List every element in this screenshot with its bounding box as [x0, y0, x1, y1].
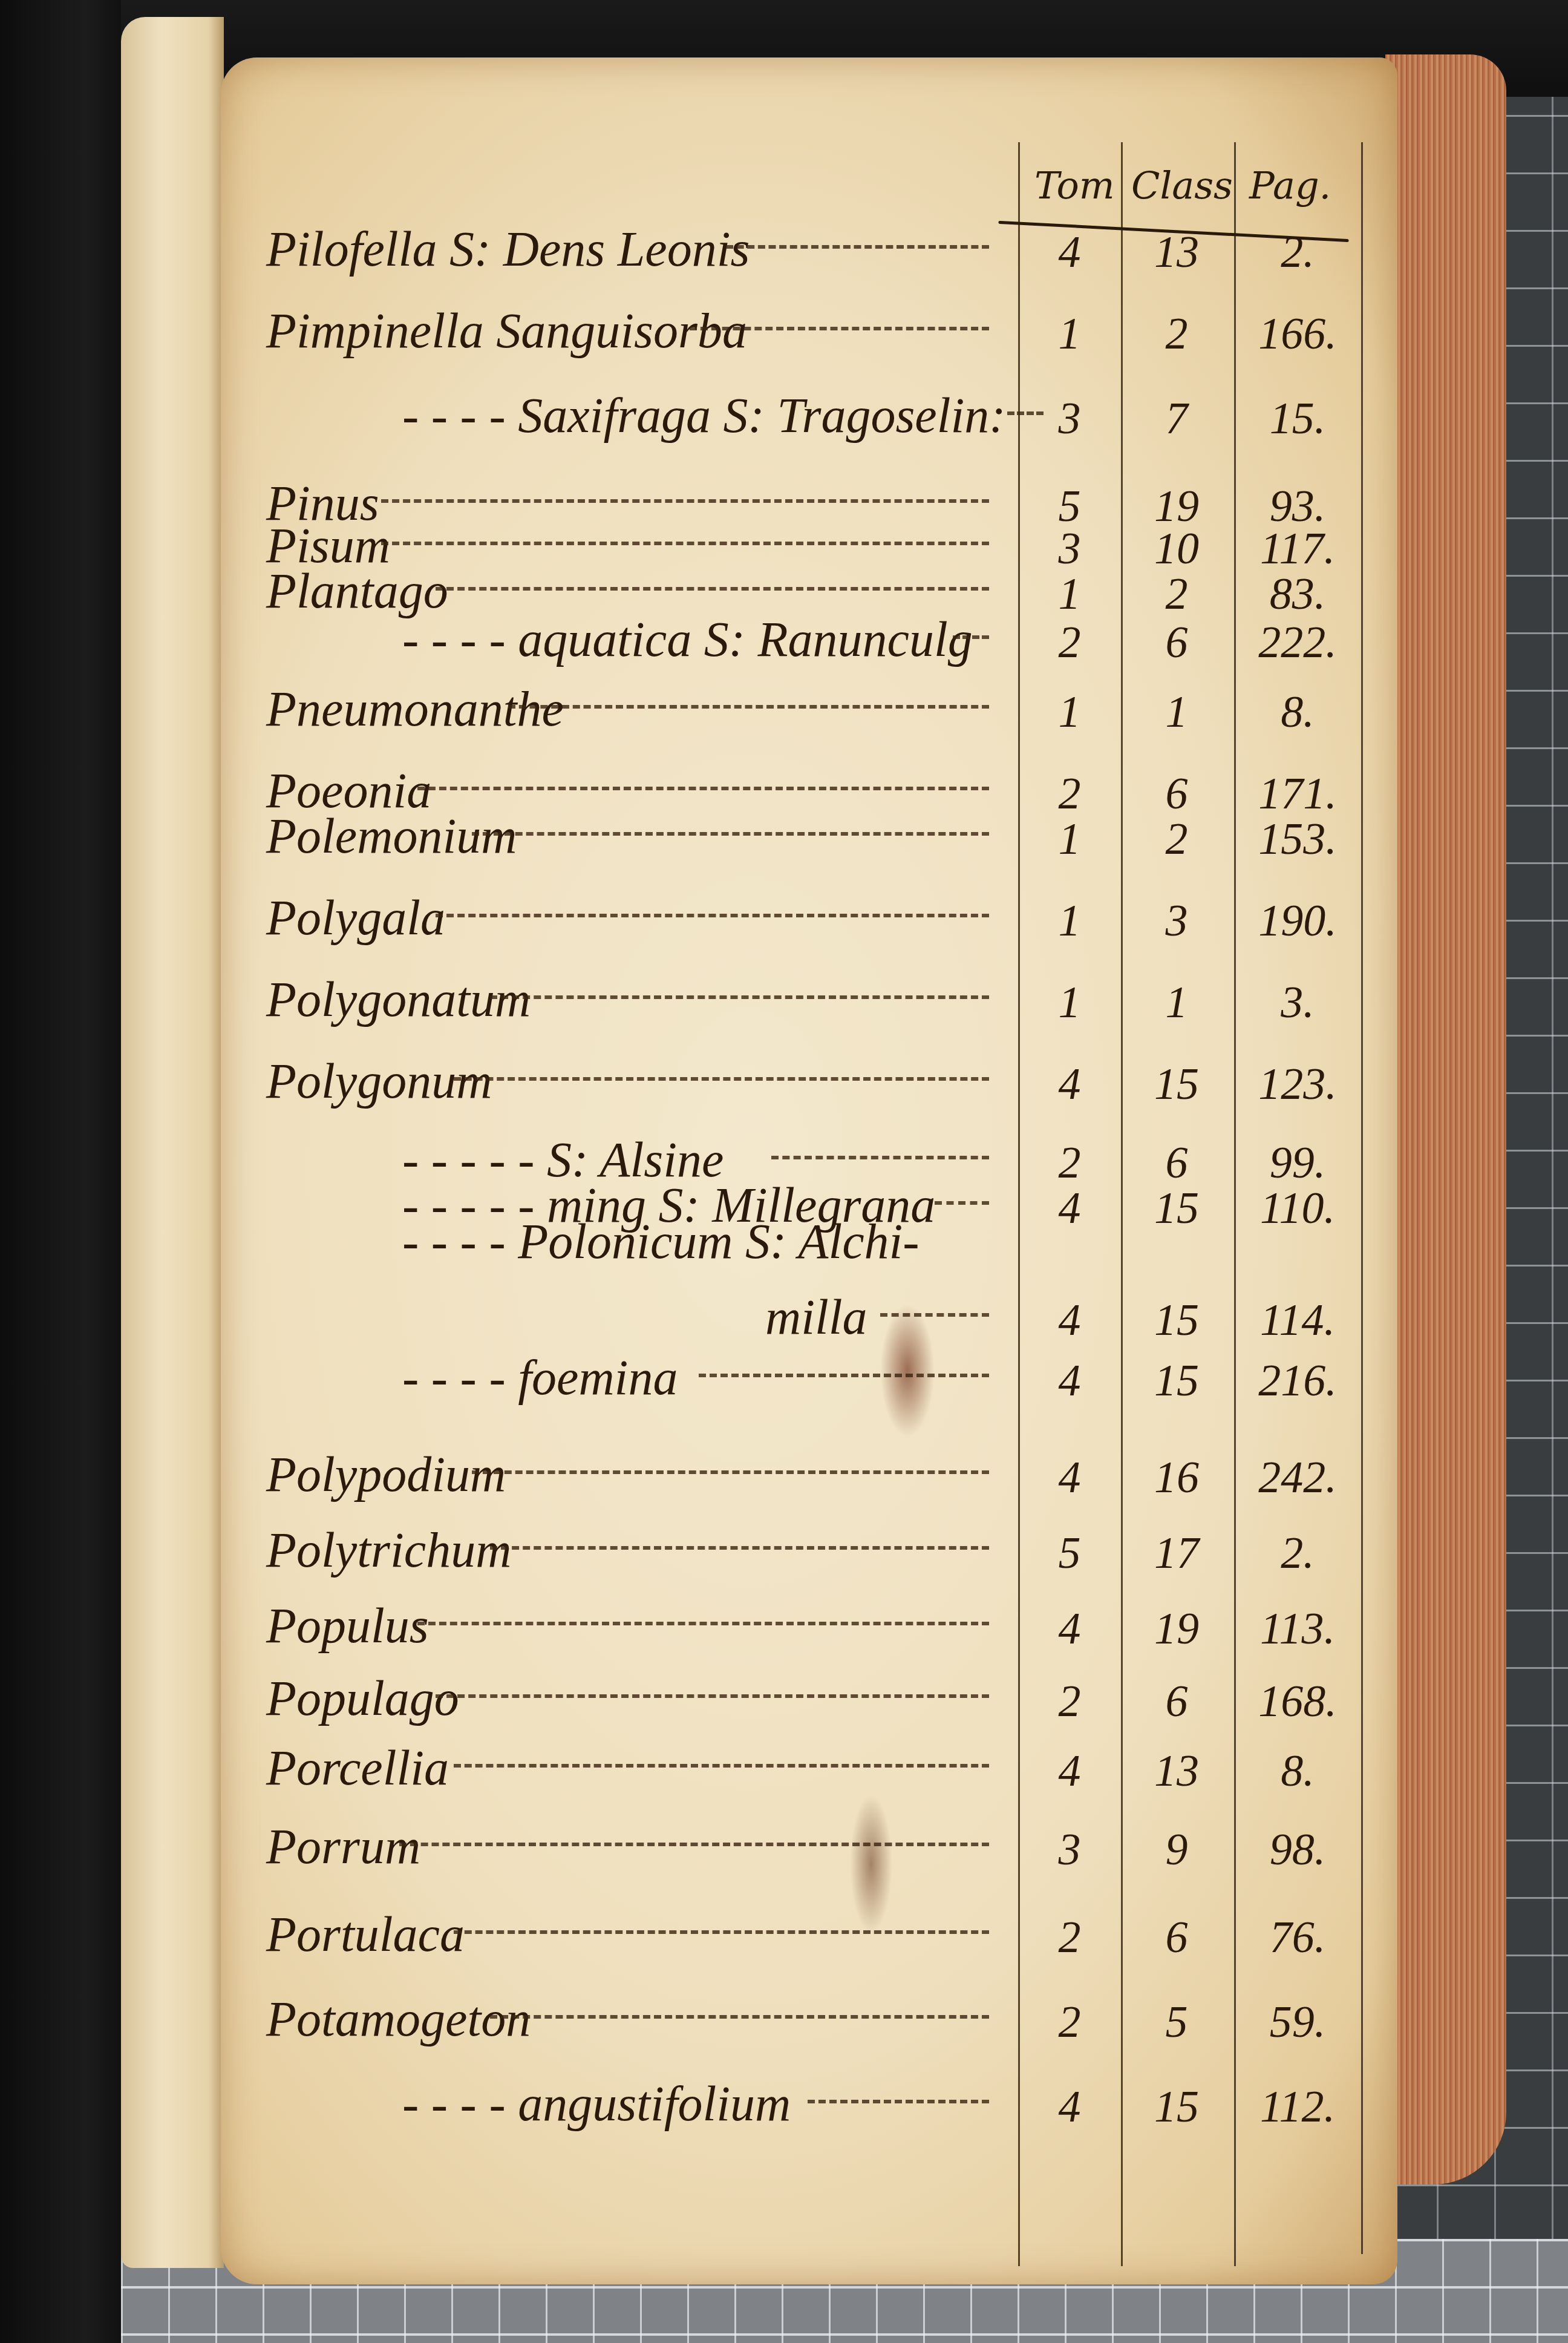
entry-tom: 4	[1024, 1355, 1115, 1407]
entry-tom: 3	[1024, 393, 1115, 445]
entry-tom: 2	[1024, 1912, 1115, 1964]
index-entry: Porcellia4138.	[221, 1740, 1397, 1812]
leader-dashes	[417, 1622, 989, 1631]
leader-dashes	[699, 1374, 989, 1383]
entry-pag: 242.	[1252, 1452, 1343, 1504]
entry-pag: 113.	[1252, 1604, 1343, 1655]
entry-name: Populago	[266, 1670, 459, 1727]
index-entry: Polytrichum5172.	[221, 1522, 1397, 1594]
entry-pag: 216.	[1252, 1355, 1343, 1407]
entry-name: Pimpinella Sanguisorba	[266, 303, 747, 359]
entry-tom: 1	[1024, 309, 1115, 360]
entry-pag: 8.	[1252, 1746, 1343, 1797]
entry-pag: 222.	[1252, 617, 1343, 669]
entry-name: Pilofella S: Dens Leonis	[266, 221, 750, 278]
entry-pag: 59.	[1252, 1997, 1343, 2048]
entry-class: 13	[1131, 227, 1222, 278]
leader-dashes	[880, 1313, 989, 1323]
leader-dashes	[436, 914, 989, 923]
header-pag: Pag.	[1249, 163, 1331, 208]
entry-class: 15	[1131, 1295, 1222, 1346]
entry-name: Polypodium	[266, 1446, 506, 1503]
entry-name: Porrum	[266, 1818, 420, 1875]
entry-tom: 1	[1024, 896, 1115, 947]
leader-dashes	[953, 635, 989, 645]
index-entry: - - - - aquatica S: Ranunculg26222.	[221, 611, 1397, 684]
entry-class: 16	[1131, 1452, 1222, 1504]
entry-name: Polygala	[266, 890, 445, 946]
entry-class: 2	[1131, 814, 1222, 865]
entry-pag: 98.	[1252, 1824, 1343, 1876]
entry-class: 6	[1131, 1676, 1222, 1728]
entry-name: - - - - Saxifraga S: Tragoselin:	[402, 387, 1006, 444]
leader-dashes	[771, 1156, 989, 1165]
entry-class: 15	[1131, 1059, 1222, 1110]
entry-class: 2	[1131, 309, 1222, 360]
index-entry: Porrum3998.	[221, 1818, 1397, 1891]
leader-dashes	[417, 787, 989, 796]
entry-tom: 4	[1024, 2082, 1115, 2133]
entry-class: 1	[1131, 977, 1222, 1029]
entry-tom: 4	[1024, 1746, 1115, 1797]
leader-dashes	[381, 499, 989, 509]
manuscript-page: Tom Class Pag. Pilofella S: Dens Leonis4…	[221, 57, 1397, 2284]
index-entry: Polygonum415123.	[221, 1053, 1397, 1126]
entry-tom: 4	[1024, 1604, 1115, 1655]
leader-dashes	[472, 832, 989, 842]
entry-class: 7	[1131, 393, 1222, 445]
index-entry: - - - - angustifolium415112.	[221, 2076, 1397, 2148]
entry-class: 15	[1131, 1355, 1222, 1407]
entry-class: 19	[1131, 1604, 1222, 1655]
entry-pag: 2.	[1252, 227, 1343, 278]
entry-name: - - - - aquatica S: Ranunculg	[402, 611, 973, 668]
entry-tom: 4	[1024, 1452, 1115, 1504]
entry-pag: 76.	[1252, 1912, 1343, 1964]
entry-pag: 114.	[1252, 1295, 1343, 1346]
page-block-edge	[1385, 54, 1506, 2184]
header-tom: Tom	[1034, 163, 1115, 208]
entry-pag: 8.	[1252, 687, 1343, 738]
index-entry: - - - - Polonicum S: Alchi-	[221, 1213, 1397, 1286]
entry-tom: 2	[1024, 1676, 1115, 1728]
entry-tom: 1	[1024, 814, 1115, 865]
entry-tom: 4	[1024, 1059, 1115, 1110]
leader-dashes	[808, 2100, 989, 2109]
entry-tom: 1	[1024, 977, 1115, 1029]
leader-dashes	[726, 245, 989, 255]
index-entry: - - - - Saxifraga S: Tragoselin:3715.	[221, 387, 1397, 460]
entry-pag: 123.	[1252, 1059, 1343, 1110]
leader-dashes	[490, 2015, 989, 2025]
index-entry: - - - - foemina415216.	[221, 1349, 1397, 1422]
left-page-edge	[121, 17, 224, 2268]
leader-dashes	[690, 327, 989, 336]
entry-name: - - - - foemina	[402, 1349, 678, 1406]
entry-name: Porcellia	[266, 1740, 449, 1797]
book-cover-left	[0, 0, 121, 2343]
leader-dashes	[490, 1546, 989, 1556]
index-entry: Populago26168.	[221, 1670, 1397, 1743]
entry-tom: 5	[1024, 1528, 1115, 1579]
index-entry: Pilofella S: Dens Leonis4132.	[221, 221, 1397, 293]
header-class: Class	[1131, 163, 1233, 208]
entry-name: Portulaca	[266, 1906, 465, 1963]
entry-tom: 3	[1024, 1824, 1115, 1876]
index-entry: Portulaca2676.	[221, 1906, 1397, 1979]
entry-pag: 2.	[1252, 1528, 1343, 1579]
entry-name: Populus	[266, 1597, 429, 1654]
index-entry: Polemonium12153.	[221, 808, 1397, 880]
entry-name: - - - - Polonicum S: Alchi-	[402, 1213, 920, 1270]
leader-dashes	[399, 1843, 989, 1852]
entry-pag: 153.	[1252, 814, 1343, 865]
entry-class: 1	[1131, 687, 1222, 738]
leader-dashes	[454, 1764, 989, 1774]
entry-tom: 4	[1024, 227, 1115, 278]
index-entry: Populus419113.	[221, 1597, 1397, 1670]
leader-dashes	[454, 1930, 989, 1940]
entry-tom: 2	[1024, 617, 1115, 669]
entry-pag: 190.	[1252, 896, 1343, 947]
entry-class: 5	[1131, 1997, 1222, 2048]
leader-dashes	[935, 1201, 989, 1211]
entry-pag: 166.	[1252, 309, 1343, 360]
leader-dashes	[381, 542, 989, 551]
entry-name: Polytrichum	[266, 1522, 511, 1579]
entry-class: 17	[1131, 1528, 1222, 1579]
entry-class: 6	[1131, 1912, 1222, 1964]
entry-class: 3	[1131, 896, 1222, 947]
entry-tom: 2	[1024, 1997, 1115, 2048]
leader-dashes	[472, 1470, 989, 1480]
index-entry: Polygala13190.	[221, 890, 1397, 962]
leader-dashes	[490, 995, 989, 1005]
entry-class: 6	[1131, 617, 1222, 669]
entry-class: 9	[1131, 1824, 1222, 1876]
entry-tom: 1	[1024, 687, 1115, 738]
entry-tom: 4	[1024, 1295, 1115, 1346]
entry-pag: 3.	[1252, 977, 1343, 1029]
leader-dashes	[436, 587, 989, 597]
leader-dashes	[436, 1694, 989, 1704]
index-entry: Pneumonanthe118.	[221, 681, 1397, 753]
entry-pag: 168.	[1252, 1676, 1343, 1728]
leader-dashes	[508, 705, 989, 715]
index-entry: Pimpinella Sanguisorba12166.	[221, 303, 1397, 375]
leader-dashes	[454, 1077, 989, 1087]
index-entry: Polygonatum113.	[221, 971, 1397, 1044]
index-entry: Polypodium416242.	[221, 1446, 1397, 1519]
index-entry: Potamogeton2559.	[221, 1991, 1397, 2063]
entry-pag: 15.	[1252, 393, 1343, 445]
entry-name: - - - - angustifolium	[402, 2076, 791, 2132]
entry-pag: 112.	[1252, 2082, 1343, 2133]
entry-name: milla	[765, 1289, 867, 1346]
entry-class: 13	[1131, 1746, 1222, 1797]
entry-class: 15	[1131, 2082, 1222, 2133]
